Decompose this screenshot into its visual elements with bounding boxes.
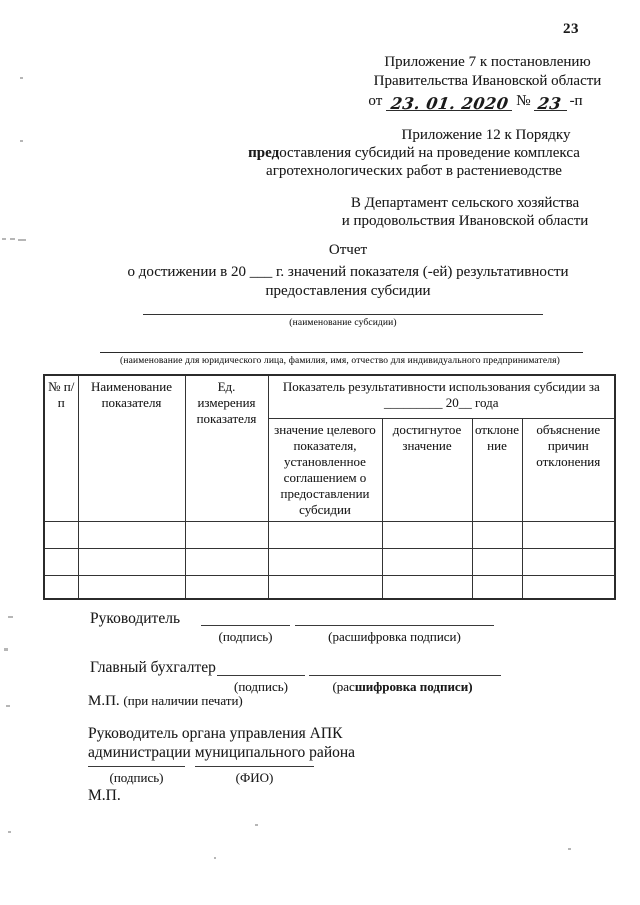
subsidy-name-caption: (наименование субсидии) <box>143 318 543 329</box>
fio-caption: (ФИО) <box>195 770 314 785</box>
recipient-line1: В Департамент сельского хозяйства <box>328 194 602 212</box>
entity-name-caption: (наименование для юридического лица, фам… <box>55 356 625 367</box>
col-header-name: Наименование показателя <box>78 375 185 521</box>
span-header-line1: Показатель результативности использовани… <box>271 379 613 395</box>
col-header-unit: Ед. измерения показателя <box>185 375 268 521</box>
transcript-caption: (расшифровка подписи) <box>300 679 505 694</box>
results-table: № п/п Наименование показателя Ед. измере… <box>43 374 616 600</box>
table-cell-empty <box>185 521 268 548</box>
transcript-caption: (расшифровка подписи) <box>295 629 494 644</box>
appendix12-line2-bold: пред <box>248 145 279 161</box>
handwritten-date: 23. 01. 2020 <box>389 94 509 113</box>
table-row-empty <box>44 575 615 599</box>
date-underline: 23. 01. 2020 <box>386 93 512 111</box>
number-sign-label: № <box>516 93 530 109</box>
table-cell-empty <box>44 521 78 548</box>
col-header-num: № п/п <box>44 375 78 521</box>
appendix7-date-line: от23. 01. 2020№23-п <box>338 92 613 111</box>
signature-caption: (подпись) <box>217 679 305 694</box>
span-header-line2: _________ 20__ года <box>271 395 613 411</box>
scanned-document-page: 23 Приложение 7 к постановлению Правител… <box>0 0 640 905</box>
accountant-transcript-line <box>309 675 501 676</box>
table-cell-empty <box>522 521 615 548</box>
table-cell-empty <box>382 521 472 548</box>
accountant-signature-line <box>217 675 305 676</box>
sub-header-target-value: значение целевого показателя, установлен… <box>268 418 382 521</box>
appendix7-line2: Правительства Ивановской области <box>350 72 625 91</box>
from-label: от <box>368 93 382 109</box>
appendix-12-block: Приложение 12 к Порядку предоставления с… <box>230 126 598 180</box>
sub-header-explanation: объяснение причин отклонения <box>522 418 615 521</box>
director-signature-line <box>201 625 290 626</box>
table-row-empty <box>44 521 615 548</box>
appendix7-line1: Приложение 7 к постановлению <box>350 53 625 72</box>
number-underline: 23 <box>534 93 567 111</box>
report-heading: Отчет о достижении в 20 ___ г. значений … <box>58 241 638 301</box>
sub-header-achieved-value: достигнутое значение <box>382 418 472 521</box>
table-cell-empty <box>268 575 382 599</box>
table-cell-empty <box>382 548 472 575</box>
table-cell-empty <box>78 521 185 548</box>
table-cell-empty <box>268 521 382 548</box>
appendix-7-block: Приложение 7 к постановлению Правительст… <box>350 53 625 111</box>
table-cell-empty <box>44 575 78 599</box>
sub-header-deviation: отклоне ние <box>472 418 522 521</box>
page-number: 23 <box>563 21 579 38</box>
director-label: Руководитель <box>90 610 180 628</box>
apk-fio-line <box>195 766 314 767</box>
recipient-block: В Департамент сельского хозяйства и прод… <box>328 194 602 230</box>
table-row-empty <box>44 548 615 575</box>
table-cell-empty <box>472 548 522 575</box>
apk-line2: администрации муниципального района <box>88 743 428 762</box>
report-subtitle-line1: о достижении в 20 ___ г. значений показа… <box>58 263 638 282</box>
table-cell-empty <box>382 575 472 599</box>
apk-head-block: Руководитель органа управления АПК админ… <box>88 724 428 762</box>
appendix12-line2: предоставления субсидий на проведение ко… <box>230 144 598 162</box>
apk-line1: Руководитель органа управления АПК <box>88 724 428 743</box>
table-cell-empty <box>472 521 522 548</box>
appendix12-line3: агротехнологических работ в растениеводс… <box>230 162 598 180</box>
table-cell-empty <box>522 575 615 599</box>
director-transcript-line <box>295 625 494 626</box>
appendix12-line1: Приложение 12 к Порядку <box>402 127 571 143</box>
accountant-label: Главный бухгалтер <box>90 659 216 677</box>
table-cell-empty <box>472 575 522 599</box>
table-cell-empty <box>185 548 268 575</box>
report-title: Отчет <box>58 241 638 260</box>
report-subtitle-line2: предоставления субсидии <box>58 282 638 301</box>
table-cell-empty <box>185 575 268 599</box>
table-cell-empty <box>78 548 185 575</box>
subsidy-name-line <box>143 314 543 315</box>
table-cell-empty <box>268 548 382 575</box>
entity-name-line <box>100 352 583 353</box>
span-header: Показатель результативности использовани… <box>268 375 615 418</box>
signature-caption: (подпись) <box>88 770 185 785</box>
recipient-line2: и продовольствия Ивановской области <box>328 212 602 230</box>
signature-caption: (подпись) <box>201 629 290 644</box>
table-cell-empty <box>44 548 78 575</box>
number-suffix: -п <box>570 93 583 109</box>
seal-note-bottom: М.П. <box>88 787 121 805</box>
table-cell-empty <box>78 575 185 599</box>
handwritten-number: 23 <box>537 94 563 113</box>
table-cell-empty <box>522 548 615 575</box>
seal-note: М.П. (при наличии печати) <box>88 693 243 710</box>
apk-signature-line <box>88 766 185 767</box>
